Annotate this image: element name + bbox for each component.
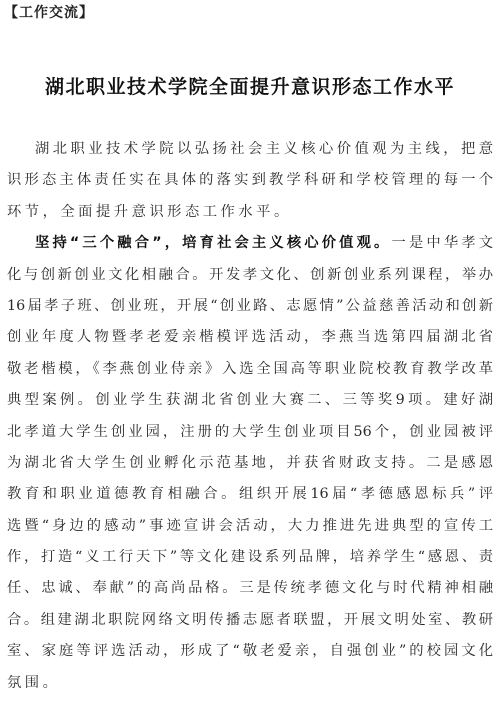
paragraph-2-line: 敬老楷模，《李燕创业侍亲》入选全国高等职业院校教育教学改革	[7, 354, 493, 385]
paragraph-2-line: 选暨“身边的感动”事迹宣讲会活动，大力推进先进典型的宣传工	[7, 511, 493, 542]
section-tag: 【工作交流】	[4, 2, 94, 22]
article-title: 湖北职业技术学院全面提升意识形态工作水平	[0, 72, 500, 99]
paragraph-2-line: 氛围。	[7, 668, 493, 699]
paragraph-2-line: 室、家庭等评选活动，形成了“敬老爱亲，自强创业”的校园文化	[7, 636, 493, 667]
paragraph-1-line-1: 湖北职业技术学院以弘扬社会主义核心价值观为主线，把意	[7, 134, 493, 165]
paragraph-2-line: 典型案例。创业学生获湖北省创业大赛二、三等奖9项。建好湖	[7, 385, 493, 416]
paragraph-2-line: 北孝道大学生创业园，注册的大学生创业项目56个，创业园被评	[7, 417, 493, 448]
paragraph-1-line-2: 识形态主体责任实在具体的落实到教学科研和学校管理的每一个	[7, 165, 493, 196]
paragraph-2-line: 任、忠诚、奉献”的高尚品格。三是传统孝德文化与时代精神相融	[7, 573, 493, 604]
paragraph-2-line-1: 坚持“三个融合”，培育社会主义核心价值观。一是中华孝文	[7, 228, 493, 259]
article-body: 湖北职业技术学院以弘扬社会主义核心价值观为主线，把意 识形态主体责任实在具体的落…	[7, 134, 493, 699]
paragraph-2-first-line-rest: 一是中华孝文	[392, 235, 494, 251]
paragraph-2-line: 化与创新创业文化相融合。开发孝文化、创新创业系列课程，举办	[7, 260, 493, 291]
paragraph-2-heading: 坚持“三个融合”，培育社会主义核心价值观。	[35, 235, 392, 251]
paragraph-2-line: 为湖北省大学生创业孵化示范基地，并获省财政支持。二是感恩	[7, 448, 493, 479]
paragraph-2-line: 创业年度人物暨孝老爱亲楷模评选活动，李燕当选第四届湖北省	[7, 322, 493, 353]
paragraph-2-line: 合。组建湖北职院网络文明传播志愿者联盟，开展文明处室、教研	[7, 605, 493, 636]
paragraph-1-line-3: 环节，全面提升意识形态工作水平。	[7, 197, 493, 228]
paragraph-2-line: 16届孝子班、创业班，开展“创业路、志愿情”公益慈善活动和创新	[7, 291, 493, 322]
paragraph-2-line: 作，打造“义工行天下”等文化建设系列品牌，培养学生“感恩、责	[7, 542, 493, 573]
paragraph-2-line: 教育和职业道德教育相融合。组织开展16届“孝德感恩标兵”评	[7, 479, 493, 510]
